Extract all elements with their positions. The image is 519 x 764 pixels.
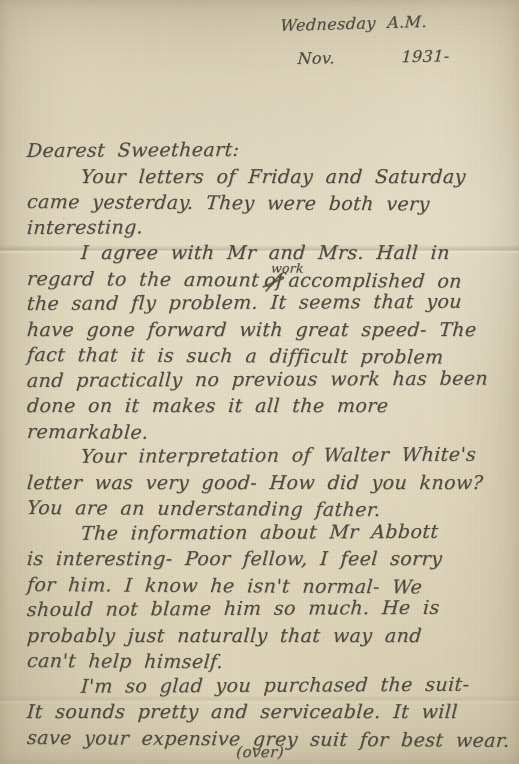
letter-line: should not blame him so much. He is: [26, 595, 515, 623]
letter-line: is interesting- Poor fellow, I feel sorr…: [26, 547, 515, 573]
letter-line: Your interpretation of Walter White's: [26, 442, 515, 470]
letter-body: Dearest Sweetheart: Your letters of Frid…: [26, 139, 513, 751]
letter-line: probably just naturally that way and: [26, 624, 515, 650]
letter-line: done on it makes it all the more: [26, 394, 515, 420]
letter-line: interesting.: [26, 213, 515, 241]
correction-before: regard to the amount: [26, 268, 260, 291]
letter-line: the sand fly problem. It seems that you: [26, 289, 515, 317]
letter-page: Wednesday A.M. Nov. 1931- Dearest Sweeth…: [0, 0, 519, 764]
date-year: 1931-: [401, 46, 450, 66]
letter-line: The information about Mr Abbott: [26, 519, 515, 547]
salutation: Dearest Sweetheart:: [26, 136, 515, 164]
letter-line: and practically no previous work has bee…: [26, 366, 515, 394]
correction-after: accomplished on: [288, 269, 463, 292]
letter-line: Your letters of Friday and Saturday: [26, 165, 515, 191]
date-month: Nov.: [297, 48, 336, 68]
date-line-1: Wednesday A.M.: [280, 12, 427, 35]
letter-line: letter was very good- How did you know?: [26, 471, 515, 497]
date-line-2: Nov. 1931-: [297, 46, 450, 68]
letter-line: have gone forward with great speed- The: [26, 318, 515, 344]
letter-line: It sounds pretty and serviceable. It wil…: [26, 700, 515, 726]
letter-line: I'm so glad you purchased the suit-: [26, 672, 515, 700]
over-note: (over): [0, 743, 519, 761]
